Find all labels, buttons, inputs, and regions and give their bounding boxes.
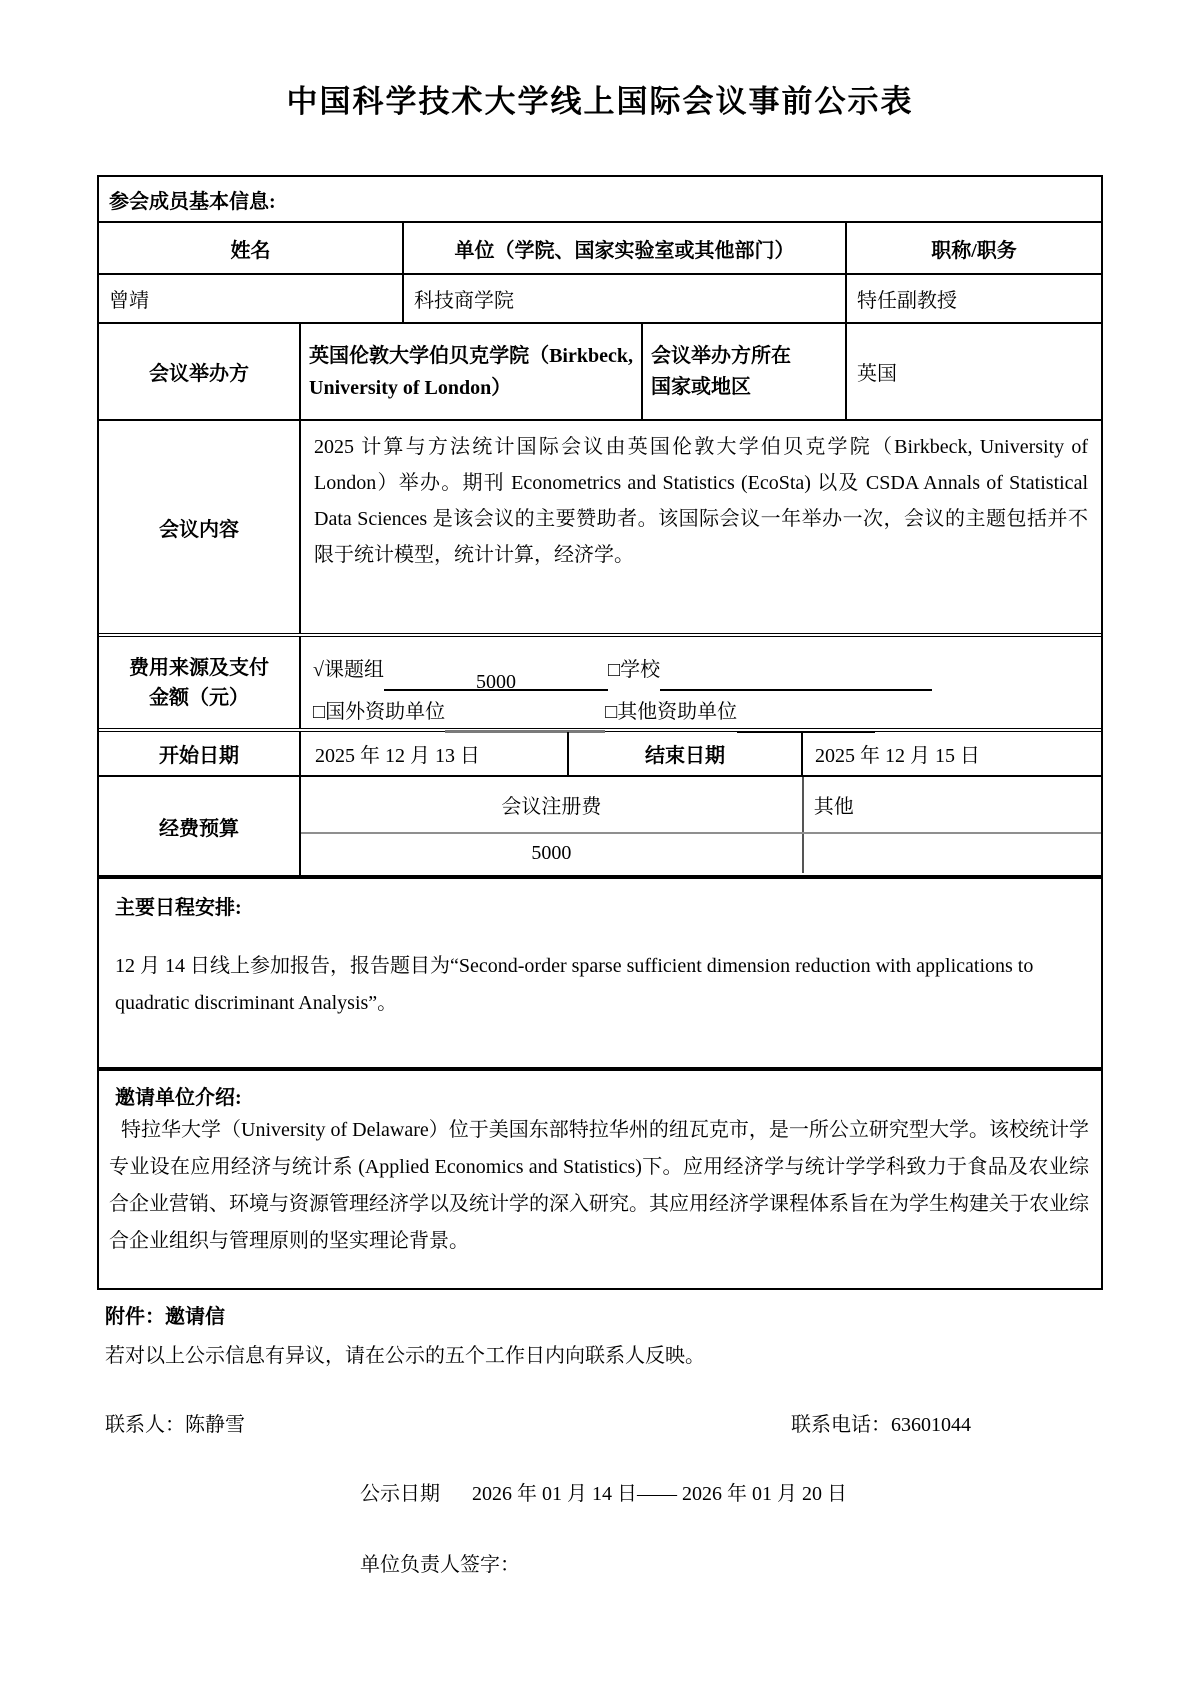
member-info-table: 参会成员基本信息: 姓名 单位（学院、国家实验室或其他部门） 职称/职务 曾靖 … [97,175,1103,877]
host-value: 英国伦敦大学伯贝克学院（Birkbeck, University of Lond… [299,324,641,419]
budget-col1-value: 5000 [301,834,802,873]
funding-opt2-label: 学校 [620,659,660,681]
member-name: 曾靖 [99,275,402,322]
host-region-label: 会议举办方所在国家或地区 [641,324,845,419]
table-row-section-header: 参会成员基本信息: [99,177,1101,221]
table-row-dates: 开始日期 2025 年 12 月 13 日 结束日期 2025 年 12 月 1… [99,728,1101,775]
funding-line-2: □国外资助单位□其他资助单位 [313,691,1101,733]
funding-opt4-label: 其他资助单位 [617,701,737,723]
publicity-date-label: 公示日期 [360,1483,440,1505]
host-region-value: 英国 [845,324,1101,419]
budget-header-row: 会议注册费 其他 [301,777,1101,832]
budget-grid: 会议注册费 其他 5000 [299,777,1101,875]
content-label: 会议内容 [99,421,299,633]
end-date-value: 2025 年 12 月 15 日 [801,732,1101,775]
contact-phone: 联系电话：63601044 [791,1408,971,1437]
checkbox-unchecked-icon: □ [605,691,617,733]
publicity-date-row: 公示日期2026 年 01 月 14 日—— 2026 年 01 月 20 日 [360,1477,1200,1506]
objection-note: 若对以上公示信息有异议，请在公示的五个工作日内向联系人反映。 [105,1339,1200,1368]
header-title: 职称/职务 [845,223,1101,273]
budget-label: 经费预算 [99,777,299,875]
funding-opt2-blank [660,661,932,691]
header-name: 姓名 [99,223,402,273]
funding-label: 费用来源及支付金额（元） [99,637,299,728]
checkmark-icon: √ [313,649,324,691]
member-title: 特任副教授 [845,275,1101,322]
table-row-funding: 费用来源及支付金额（元） √课题组5000□学校 □国外资助单位□其他资助单位 [99,633,1101,728]
start-date-value: 2025 年 12 月 13 日 [299,732,567,775]
budget-col1-header: 会议注册费 [301,777,802,832]
signature-label: 单位负责人签字： [360,1548,1200,1577]
table-row-budget: 经费预算 会议注册费 其他 5000 [99,775,1101,875]
funding-opt3-label: 国外资助单位 [325,701,445,723]
checkbox-unchecked-icon: □ [313,691,325,733]
budget-col2-header: 其他 [802,777,1101,832]
table-row-member: 曾靖 科技商学院 特任副教授 [99,273,1101,322]
inviting-org-header: 邀请单位介绍: [115,1081,1091,1110]
table-row-headers: 姓名 单位（学院、国家实验室或其他部门） 职称/职务 [99,221,1101,273]
funding-opt3-blank [445,703,605,733]
end-date-label: 结束日期 [567,732,801,775]
funding-opt1-blank: 5000 [384,661,608,691]
start-date-label: 开始日期 [99,732,299,775]
budget-value-row: 5000 [301,832,1101,873]
publicity-date-value: 2026 年 01 月 14 日—— 2026 年 01 月 20 日 [472,1483,847,1505]
content-text: 2025 计算与方法统计国际会议由英国伦敦大学伯贝克学院（Birkbeck, U… [299,421,1101,633]
form-page: 中国科学技术大学线上国际会议事前公示表 参会成员基本信息: 姓名 单位（学院、国… [0,0,1200,1682]
funding-opt4-blank [737,703,875,733]
table-row-content: 会议内容 2025 计算与方法统计国际会议由英国伦敦大学伯贝克学院（Birkbe… [99,419,1101,633]
contact-person: 联系人：陈静雪 [105,1408,245,1437]
budget-col2-value [802,834,1101,873]
attachment-note: 附件：邀请信 [105,1300,1200,1329]
inviting-org-box: 邀请单位介绍: 特拉华大学（University of Delaware）位于美… [97,1069,1103,1290]
schedule-text: 12 月 14 日线上参加报告，报告题目为“Second-order spars… [115,948,1091,1022]
checkbox-unchecked-icon: □ [608,649,620,691]
table-row-host: 会议举办方 英国伦敦大学伯贝克学院（Birkbeck, University o… [99,322,1101,419]
page-title: 中国科学技术大学线上国际会议事前公示表 [0,0,1200,121]
member-unit: 科技商学院 [402,275,845,322]
funding-options: √课题组5000□学校 □国外资助单位□其他资助单位 [299,637,1101,728]
funding-line-1: √课题组5000□学校 [313,649,1101,691]
funding-opt1-label: 课题组 [324,659,384,681]
section-header-cell: 参会成员基本信息: [99,177,1101,221]
inviting-org-text: 特拉华大学（University of Delaware）位于美国东部特拉华州的… [109,1112,1091,1260]
header-unit: 单位（学院、国家实验室或其他部门） [402,223,845,273]
schedule-header: 主要日程安排: [115,891,1091,920]
contact-row: 联系人：陈静雪 联系电话：63601044 [105,1408,1111,1437]
host-label: 会议举办方 [99,324,299,419]
schedule-box: 主要日程安排: 12 月 14 日线上参加报告，报告题目为“Second-ord… [97,877,1103,1069]
